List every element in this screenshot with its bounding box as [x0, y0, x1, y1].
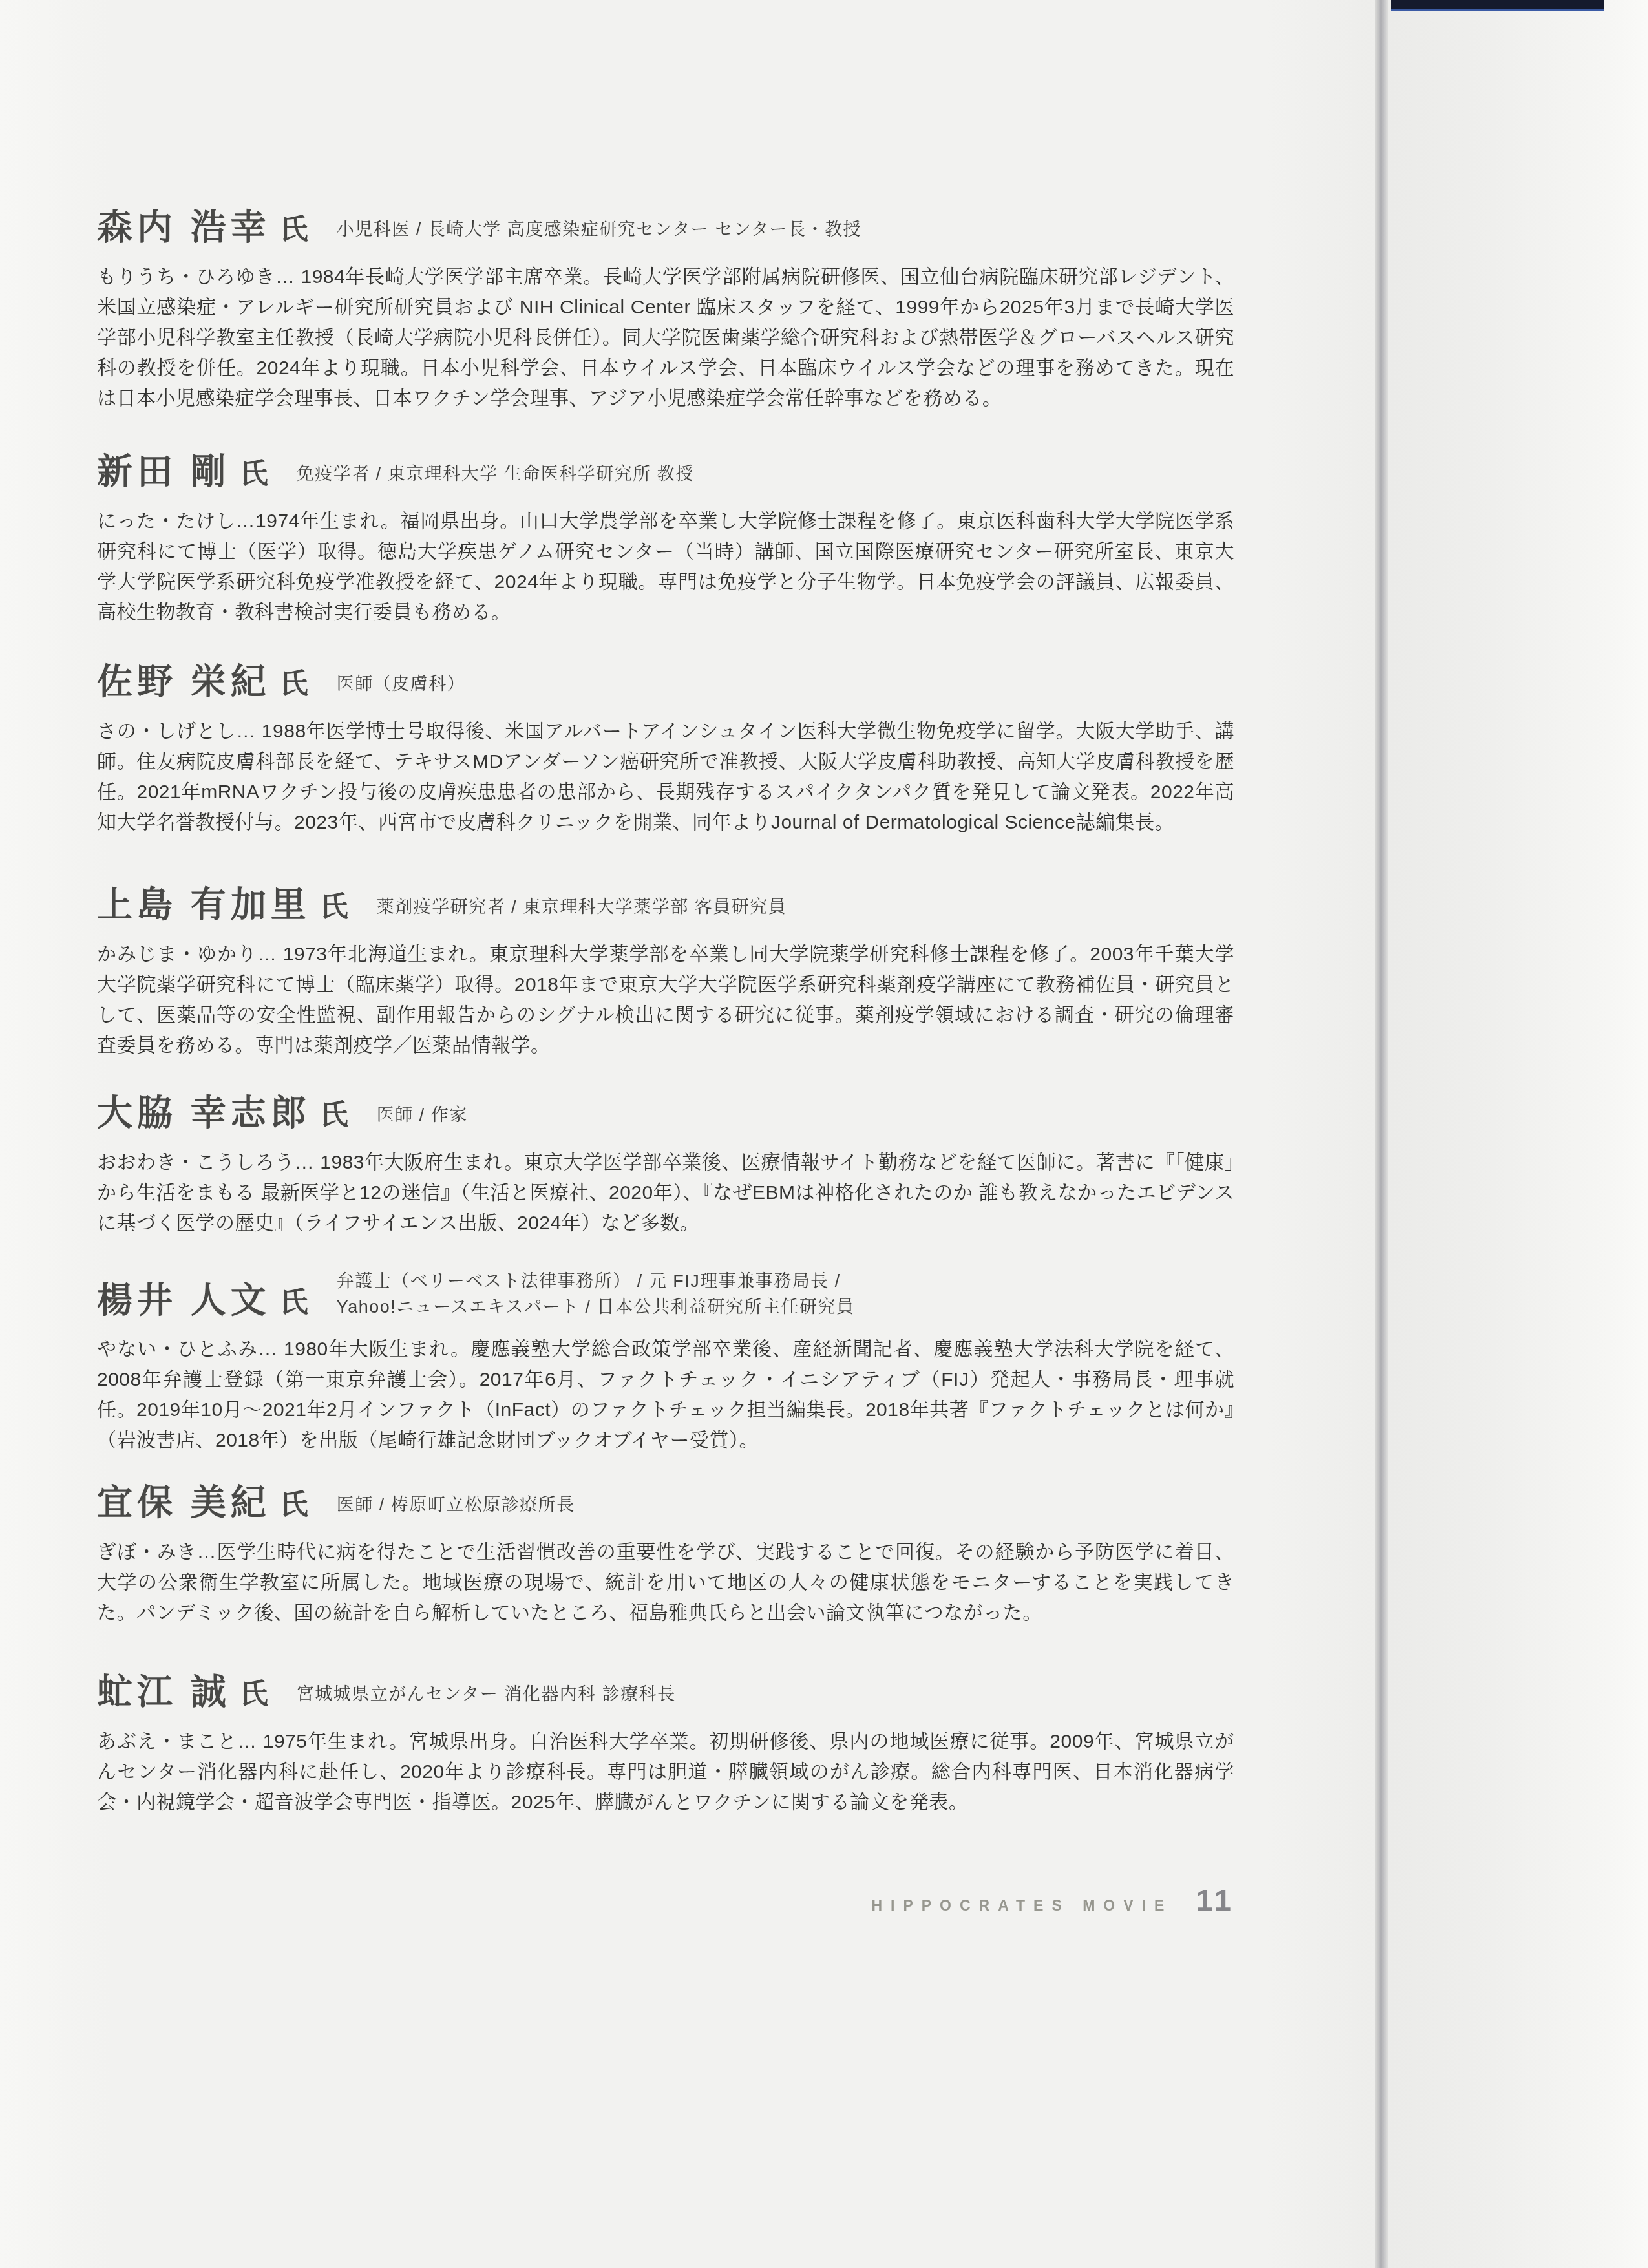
- name-text: 虻江 誠: [97, 1672, 231, 1712]
- adjacent-page-background: [1388, 0, 1648, 2268]
- person-section-gibo: 宜保 美紀氏 医師 / 梼原町立松原診療所長 ぎぼ・みき…医学生時代に病を得たこ…: [97, 1483, 1234, 1628]
- person-bio: かみじま・ゆかり… 1973年北海道生まれ。東京理科大学薬学部を卒業し同大学院薬…: [97, 939, 1234, 1061]
- name-text: 佐野 栄紀: [97, 662, 271, 701]
- person-title: 医師（皮膚科）: [337, 673, 466, 701]
- person-bio: もりうち・ひろゆき… 1984年長崎大学医学部主席卒業。長崎大学医学部附属病院研…: [97, 262, 1234, 414]
- name-text: 上島 有加里: [97, 885, 311, 924]
- person-bio: さの・しげとし… 1988年医学博士号取得後、米国アルバートアインシュタイン医科…: [97, 716, 1234, 838]
- person-title: 小児科医 / 長崎大学 高度感染症研究センター センター長・教授: [337, 218, 861, 247]
- honorific: 氏: [280, 1287, 310, 1319]
- person-heading: 楊井 人文氏 弁護士（ベリーベスト法律事務所） / 元 FIJ理事兼事務局長 /…: [97, 1264, 1234, 1320]
- person-title-line2: Yahoo!ニュースエキスパート / 日本公共利益研究所主任研究員: [337, 1294, 855, 1320]
- cover-edge-strip: [1391, 0, 1604, 11]
- person-section-yanai: 楊井 人文氏 弁護士（ベリーベスト法律事務所） / 元 FIJ理事兼事務局長 /…: [97, 1264, 1234, 1456]
- person-section-owaki: 大脇 幸志郎氏 医師 / 作家 おおわき・こうしろう… 1983年大阪府生まれ。…: [97, 1094, 1234, 1238]
- name-text: 楊井 人文: [97, 1280, 271, 1320]
- page-footer: HIPPOCRATES MOVIE 11: [97, 1882, 1234, 1918]
- person-title-stack: 弁護士（ベリーベスト法律事務所） / 元 FIJ理事兼事務局長 / Yahoo!…: [337, 1268, 855, 1320]
- page-edge-shadow: [1375, 0, 1388, 2268]
- person-section-kamijima: 上島 有加里氏 薬剤疫学研究者 / 東京理科大学薬学部 客員研究員 かみじま・ゆ…: [97, 885, 1234, 1061]
- honorific: 氏: [320, 1099, 350, 1131]
- name-text: 新田 剛: [97, 452, 231, 491]
- person-name: 森内 浩幸氏: [97, 208, 310, 248]
- person-name: 佐野 栄紀氏: [97, 662, 310, 702]
- person-bio: おおわき・こうしろう… 1983年大阪府生まれ。東京大学医学部卒業後、医療情報サ…: [97, 1147, 1234, 1238]
- person-heading: 大脇 幸志郎氏 医師 / 作家: [97, 1094, 1234, 1133]
- person-title: 医師 / 梼原町立松原診療所長: [337, 1494, 575, 1522]
- person-section-nitta: 新田 剛氏 免疫学者 / 東京理科大学 生命医科学研究所 教授 にった・たけし……: [97, 452, 1234, 628]
- page-number: 11: [1196, 1882, 1234, 1918]
- honorific: 氏: [280, 1489, 310, 1521]
- honorific: 氏: [240, 458, 269, 490]
- name-text: 森内 浩幸: [97, 207, 271, 247]
- person-name: 大脇 幸志郎氏: [97, 1094, 350, 1133]
- person-heading: 森内 浩幸氏 小児科医 / 長崎大学 高度感染症研究センター センター長・教授: [97, 208, 1234, 248]
- person-title-line1: 弁護士（ベリーベスト法律事務所） / 元 FIJ理事兼事務局長 /: [337, 1268, 855, 1294]
- person-name: 上島 有加里氏: [97, 885, 350, 925]
- person-bio: ぎぼ・みき…医学生時代に病を得たことで生活習慣改善の重要性を学び、実践することで…: [97, 1537, 1234, 1628]
- person-section-sano: 佐野 栄紀氏 医師（皮膚科） さの・しげとし… 1988年医学博士号取得後、米国…: [97, 662, 1234, 838]
- person-heading: 虻江 誠氏 宮城城県立がんセンター 消化器内科 診療科長: [97, 1673, 1234, 1712]
- person-name: 楊井 人文氏: [97, 1281, 310, 1320]
- scanned-booklet-page: 森内 浩幸氏 小児科医 / 長崎大学 高度感染症研究センター センター長・教授 …: [0, 0, 1648, 2268]
- person-bio: にった・たけし…1974年生まれ。福岡県出身。山口大学農学部を卒業し大学院修士課…: [97, 506, 1234, 628]
- honorific: 氏: [280, 668, 310, 700]
- person-heading: 新田 剛氏 免疫学者 / 東京理科大学 生命医科学研究所 教授: [97, 452, 1234, 492]
- honorific: 氏: [240, 1679, 269, 1710]
- person-section-moriuchi: 森内 浩幸氏 小児科医 / 長崎大学 高度感染症研究センター センター長・教授 …: [97, 208, 1234, 414]
- person-name: 新田 剛氏: [97, 452, 269, 492]
- name-text: 宜保 美紀: [97, 1483, 271, 1522]
- honorific: 氏: [320, 891, 350, 923]
- person-bio: あぶえ・まこと… 1975年生まれ。宮城県出身。自治医科大学卒業。初期研修後、県…: [97, 1726, 1234, 1818]
- person-title: 宮城城県立がんセンター 消化器内科 診療科長: [297, 1683, 676, 1712]
- person-bio: やない・ひとふみ… 1980年大阪生まれ。慶應義塾大学総合政策学部卒業後、産経新…: [97, 1334, 1234, 1456]
- footer-booklet-title: HIPPOCRATES MOVIE: [871, 1897, 1172, 1914]
- person-title: 薬剤疫学研究者 / 東京理科大学薬学部 客員研究員: [377, 896, 787, 924]
- person-section-abue: 虻江 誠氏 宮城城県立がんセンター 消化器内科 診療科長 あぶえ・まこと… 19…: [97, 1673, 1234, 1818]
- person-heading: 上島 有加里氏 薬剤疫学研究者 / 東京理科大学薬学部 客員研究員: [97, 885, 1234, 925]
- person-heading: 佐野 栄紀氏 医師（皮膚科）: [97, 662, 1234, 702]
- person-name: 虻江 誠氏: [97, 1673, 269, 1712]
- person-heading: 宜保 美紀氏 医師 / 梼原町立松原診療所長: [97, 1483, 1234, 1523]
- name-text: 大脇 幸志郎: [97, 1093, 311, 1132]
- person-title: 医師 / 作家: [377, 1104, 468, 1132]
- person-title: 免疫学者 / 東京理科大学 生命医科学研究所 教授: [297, 463, 694, 491]
- honorific: 氏: [280, 214, 310, 246]
- person-name: 宜保 美紀氏: [97, 1483, 310, 1523]
